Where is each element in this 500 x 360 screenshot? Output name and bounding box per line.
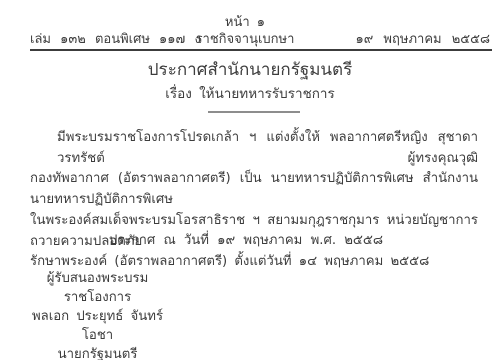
countersign-label: ผู้รับสนองพระบรมราชโองการ (20, 269, 175, 307)
signatory-position: นายกรัฐมนตรี (20, 345, 175, 360)
announced-date-line: ประกาศ ณ วันที่ ๑๙ พฤษภาคม พ.ศ. ๒๕๕๘ (0, 231, 492, 251)
title-divider-line (208, 111, 300, 113)
page-number-label: หน้า ๑ (0, 15, 490, 31)
header-horizontal-rule (30, 49, 492, 51)
announcement-title: ประกาศสำนักนายกรัฐมนตรี (0, 58, 500, 82)
body-paragraph: มีพระบรมราชโองการโปรดเกล้า ฯ แต่งตั้งให้… (30, 128, 478, 273)
gazette-page: หน้า ๑ เล่ม ๑๓๒ ตอนพิเศษ ๑๑๗ ง ราชกิจจาน… (0, 0, 500, 360)
announcement-subject: เรื่อง ให้นายทหารรับราชการ (0, 84, 500, 104)
signatory-name: พลเอก ประยุทธ์ จันทร์โอชา (20, 307, 175, 345)
body-line-1: มีพระบรมราชโองการโปรดเกล้า ฯ แต่งตั้งให้… (30, 128, 478, 169)
body-line-2: กองทัพอากาศ (อัตราพลอากาศตรี) เป็น นายทห… (30, 169, 478, 210)
publication-date: ๑๙ พฤษภาคม ๒๕๕๘ (356, 32, 490, 48)
gazette-header-row: เล่ม ๑๓๒ ตอนพิเศษ ๑๑๗ ง ราชกิจจานุเบกษา … (0, 32, 500, 49)
signature-block: ผู้รับสนองพระบรมราชโองการ พลเอก ประยุทธ์… (20, 269, 175, 360)
